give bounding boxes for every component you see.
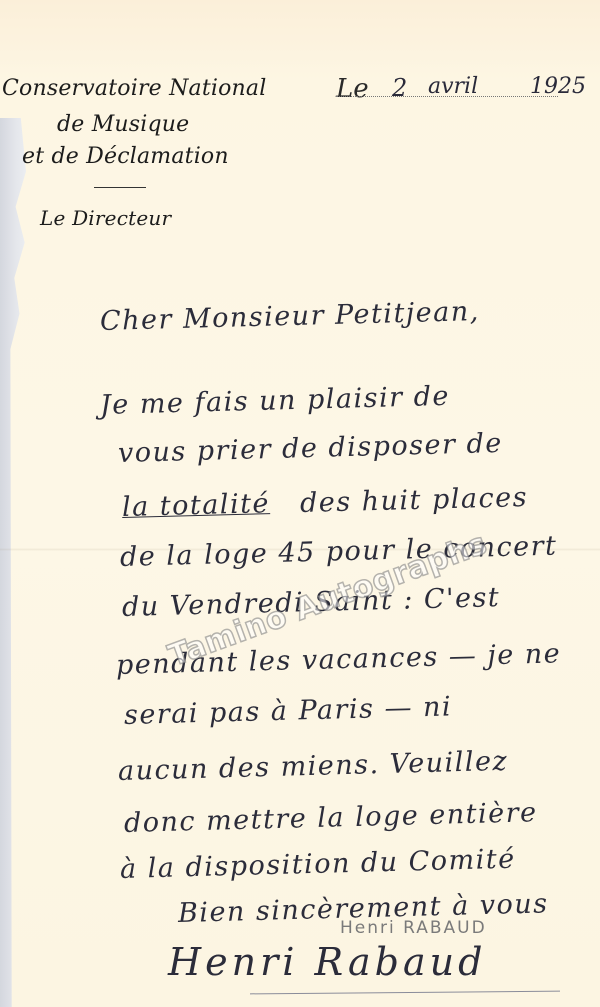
date-day: 2 [392,74,407,102]
signature: Henri Rabaud [168,940,486,984]
letterhead-title: Le Directeur [40,206,171,230]
date-prefix: Le [336,74,369,104]
date-dotted-line [336,96,558,97]
body-line-underlined: la totalité [122,488,271,523]
letterhead-line-music: de Musique [57,112,189,137]
letterhead-divider [94,187,146,188]
pencil-annotation: Henri RABAUD [340,918,487,938]
letterhead-line-declamation: et de Déclamation [22,144,229,169]
body-line: des huit places [300,482,529,519]
letterhead-institution: Conservatoire National [2,76,266,101]
